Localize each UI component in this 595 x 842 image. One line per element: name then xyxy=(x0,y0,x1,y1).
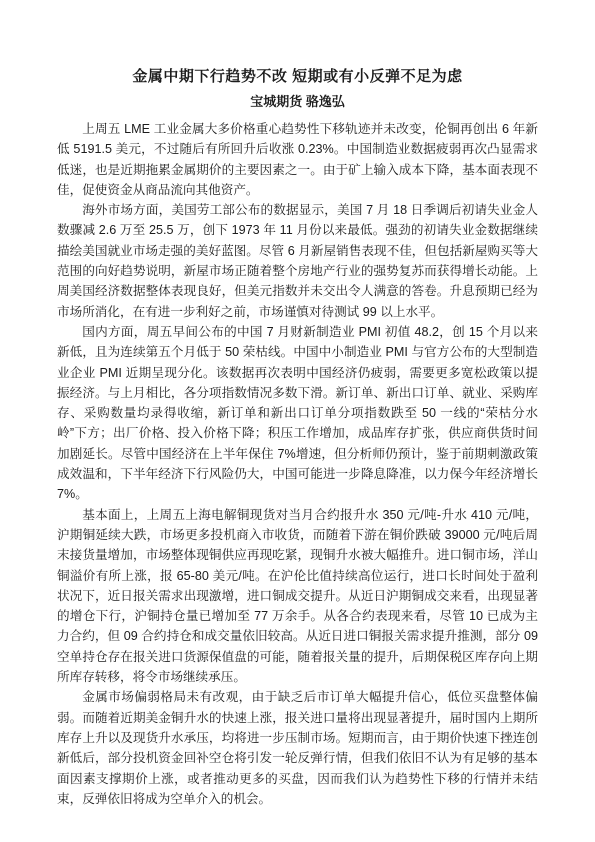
paragraph-conclusion: 金属市场偏弱格局未有改观，由于缺乏后市订单大幅提升信心，低位买盘整体偏弱。而随着… xyxy=(57,687,538,809)
paragraph-overseas-market: 海外市场方面，美国劳工部公布的数据显示，美国 7 月 18 日季调后初请失业金人… xyxy=(57,200,538,322)
document-title: 金属中期下行趋势不改 短期或有小反弹不足为虑 xyxy=(57,66,538,87)
paragraph-copper-fundamentals: 基本面上，上周五上海电解铜现货对当月合约报升水 350 元/吨-升水 410 元… xyxy=(57,505,538,688)
paragraph-domestic-pmi: 国内方面，周五早间公布的中国 7 月财新制造业 PMI 初值 48.2，创 15… xyxy=(57,322,538,505)
paragraph-market-overview: 上周五 LME 工业金属大多价格重心趋势性下移轨迹并未改变，伦铜再创出 6 年新… xyxy=(57,119,538,200)
document-byline: 宝城期货 骆逸弘 xyxy=(57,92,538,111)
document-content: 金属中期下行趋势不改 短期或有小反弹不足为虑 宝城期货 骆逸弘 上周五 LME … xyxy=(0,0,595,809)
document-page: 金属中期下行趋势不改 短期或有小反弹不足为虑 宝城期货 骆逸弘 上周五 LME … xyxy=(0,0,595,842)
